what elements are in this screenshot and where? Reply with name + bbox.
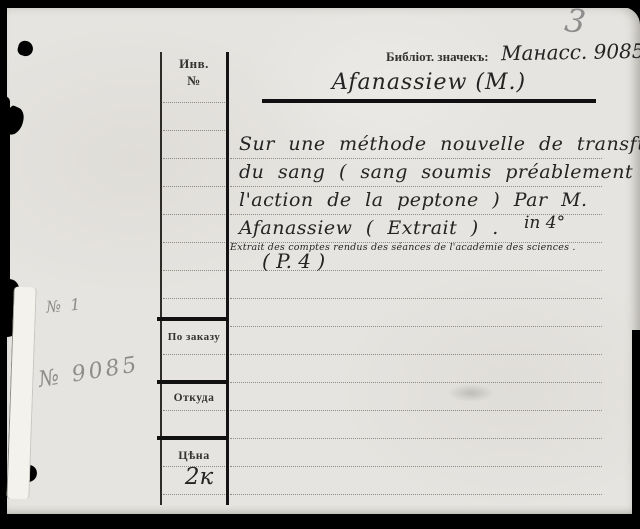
ruled-line [163, 158, 225, 159]
ruled-line [230, 298, 602, 299]
ruled-line [230, 438, 602, 439]
ruled-line [163, 130, 225, 131]
pencil-smudge [448, 384, 494, 402]
ruled-line [163, 298, 225, 299]
ruled-line [230, 466, 602, 467]
ruled-line [163, 242, 225, 243]
ruled-line [163, 410, 225, 411]
scan-border-top [0, 0, 640, 8]
inventory-number-label-line2: № [162, 73, 226, 89]
ruled-line [163, 186, 225, 187]
origin-label: Откуда [162, 392, 226, 404]
ruled-line [230, 382, 602, 383]
body-line: du sang ( sang soumis préablement à [239, 161, 640, 183]
pagination-note: ( P. 4 ) [262, 249, 325, 273]
price-label: Цѣна [162, 448, 226, 463]
ruled-line [163, 270, 225, 271]
author-heading: Afanassiew (M.) [262, 70, 596, 95]
scan-border-right [632, 330, 640, 520]
inventory-number-label-line1: Инв. [162, 56, 226, 72]
ruled-line [163, 102, 225, 103]
library-mark-label: Библіот. значекъ: [386, 49, 489, 65]
library-mark-value: Манасс. 9085. [501, 39, 640, 66]
ruled-line [163, 214, 225, 215]
section-divider-bar [157, 436, 228, 440]
ruled-line [230, 326, 602, 327]
price-value-handwritten: 2к [170, 464, 228, 490]
format-note: in 4° [524, 213, 565, 233]
scanned-catalog-card: 3 Библіот. значекъ: Манасс. 9085. Инв. №… [0, 0, 640, 529]
ruled-line [230, 158, 602, 159]
section-divider-bar [157, 317, 228, 321]
ruled-line [163, 494, 225, 495]
ruled-line [163, 354, 225, 355]
section-divider-bar [157, 380, 228, 384]
body-line: l'action de la peptone ) Par M. [239, 189, 588, 211]
pencil-margin-mark-top: № 1 [45, 294, 83, 316]
on-order-label: По заказу [162, 331, 226, 343]
ruled-line [230, 186, 602, 187]
body-line: Afanassiew ( Extrait ) . [239, 217, 499, 239]
ruled-line [230, 354, 602, 355]
scan-border-bottom [0, 514, 640, 529]
ruled-line [230, 494, 602, 495]
heading-underline [262, 99, 596, 103]
ruled-line [230, 410, 602, 411]
body-line: Sur une méthode nouvelle de transfusion [239, 133, 640, 155]
